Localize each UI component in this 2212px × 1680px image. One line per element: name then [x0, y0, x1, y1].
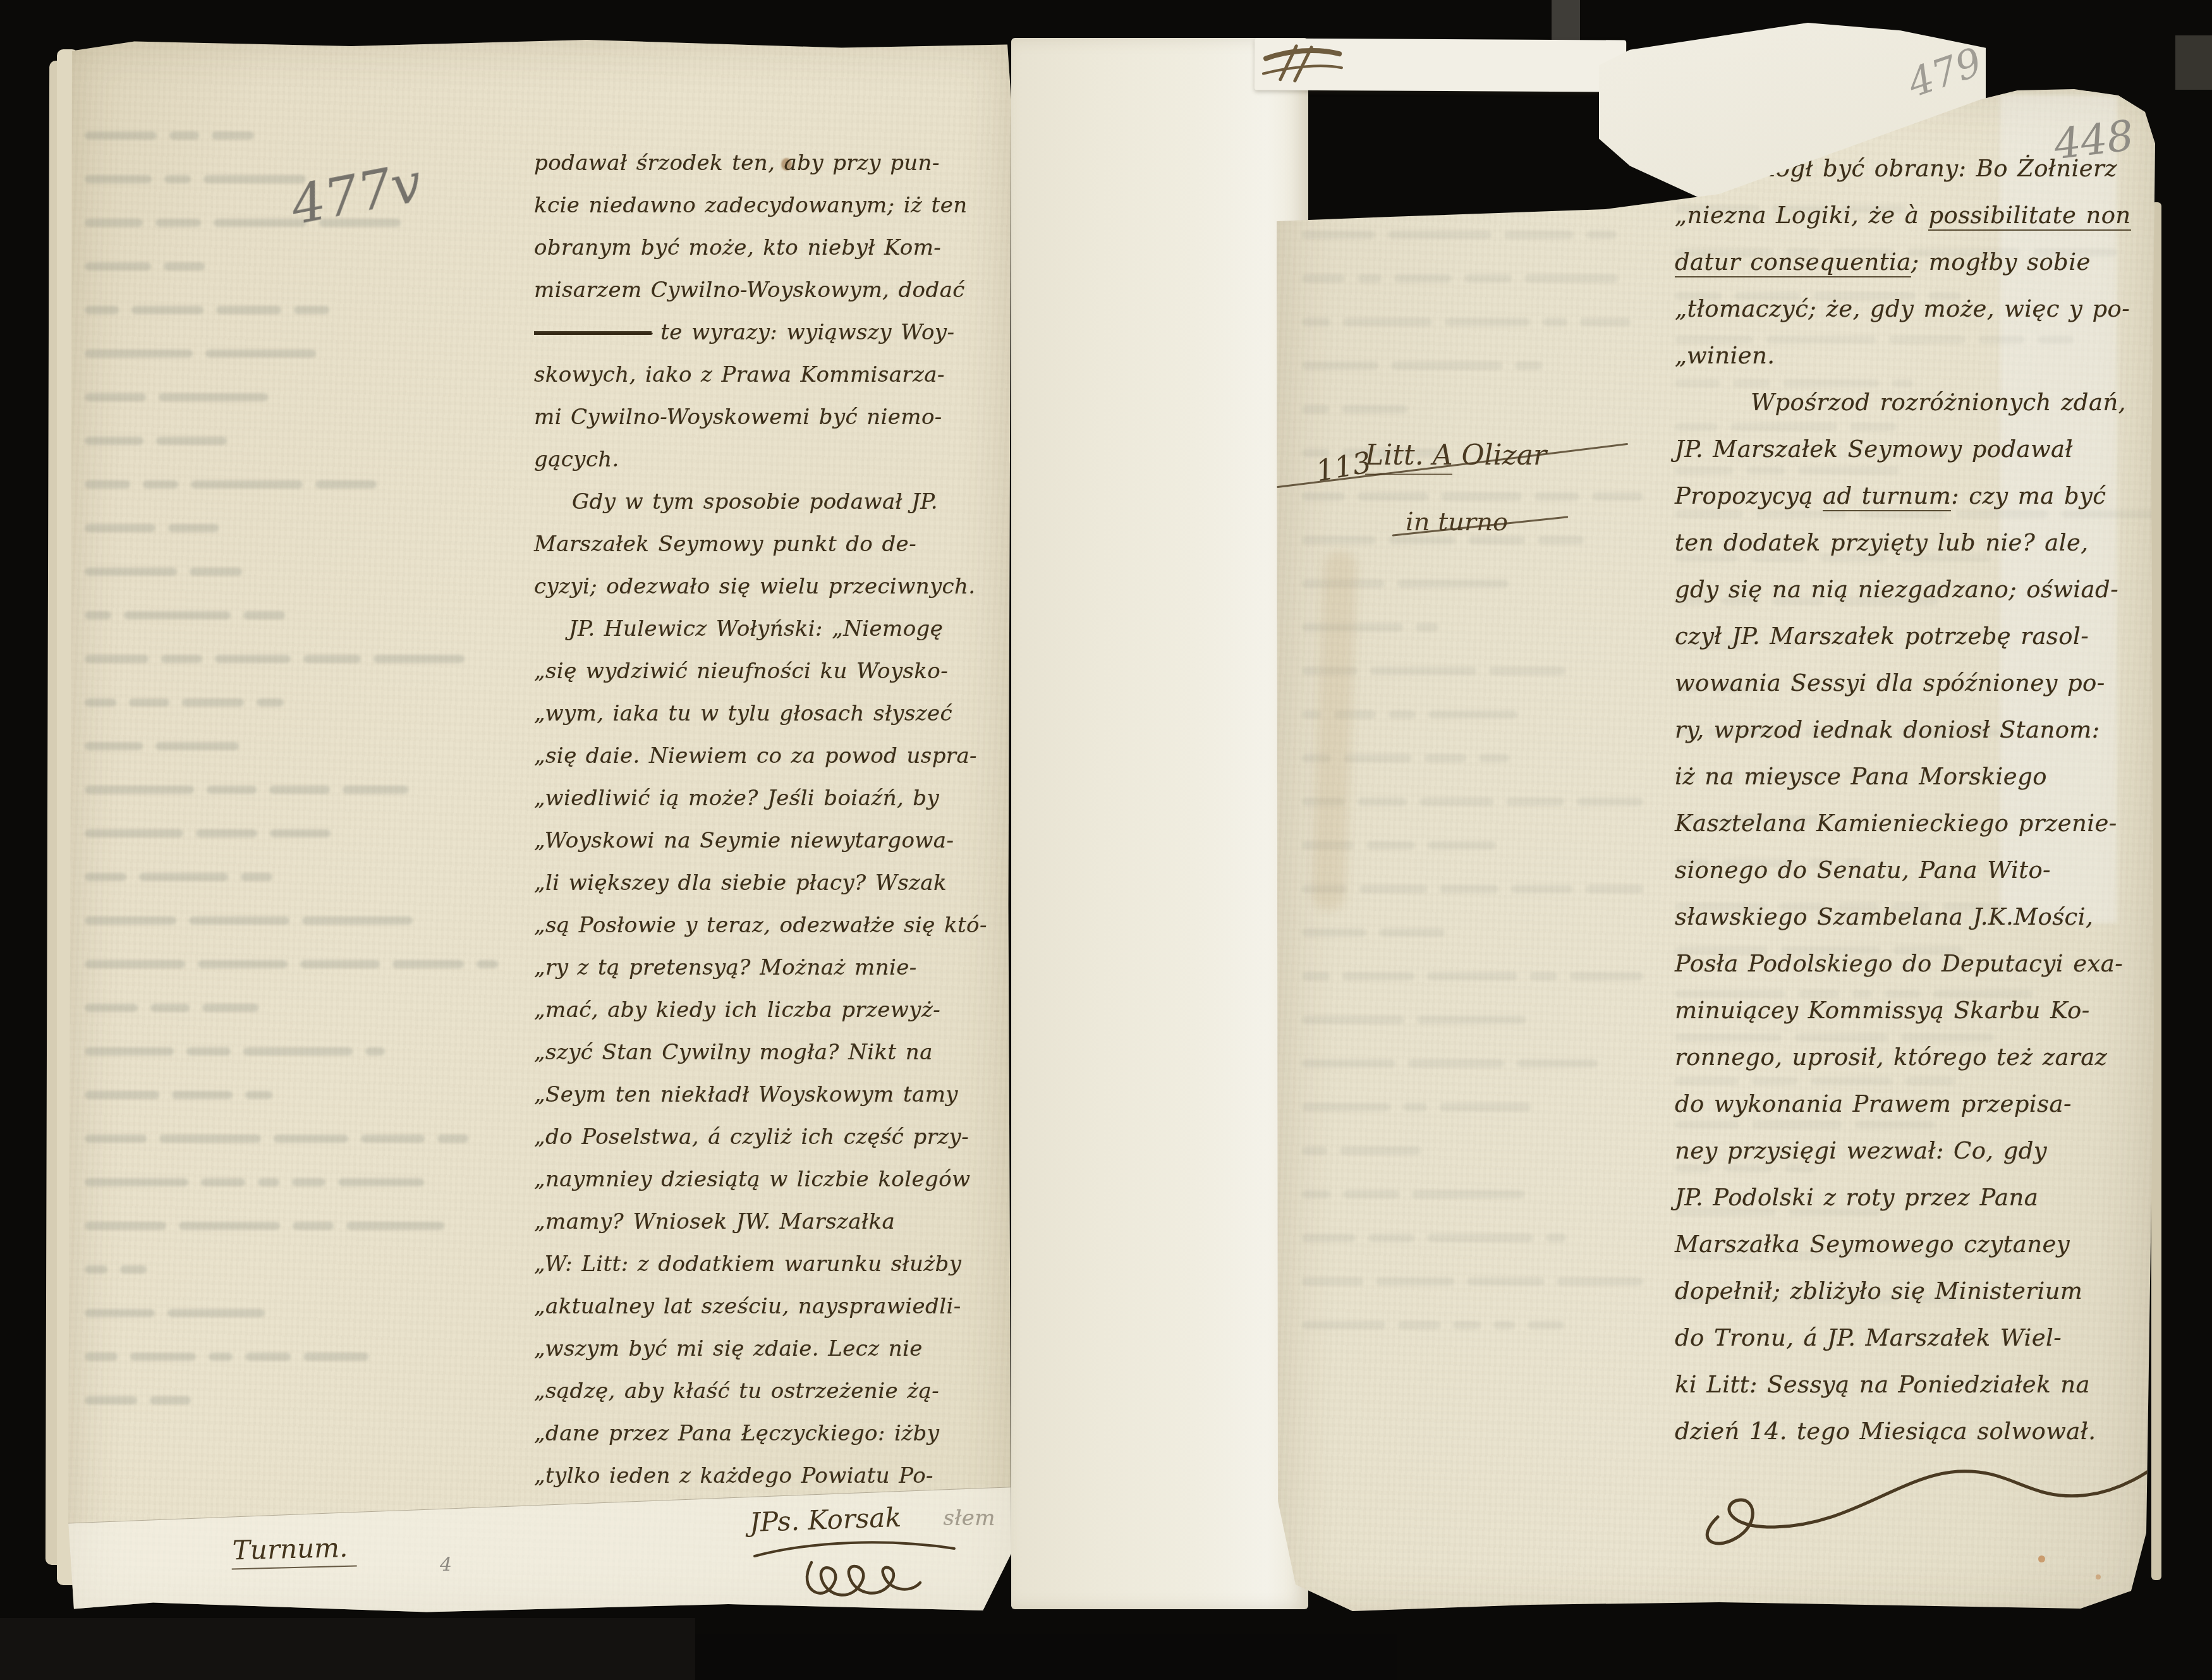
bleed-through-text [85, 131, 521, 1560]
manuscript-line: gących. [534, 447, 995, 489]
manuscript-line: „winien. [1675, 342, 2156, 389]
margin-note-reference: Litt. A Olizar [1365, 439, 1547, 472]
manuscript-line: „mamy? Wniosek JW. Marszałka [534, 1209, 995, 1251]
manuscript-line: mi Cywilno-Woyskowemi być niemo- [534, 405, 995, 447]
manuscript-line: datur consequentia; mogłby sobie [1675, 248, 2156, 295]
scan-corner-patch [2175, 35, 2212, 90]
manuscript-line: JP. Hulewicz Wołyński: „Niemogę [534, 616, 995, 659]
manuscript-line: ney przysięgi wezwał: Co, gdy [1675, 1137, 2156, 1184]
scan-bottom-shadow [0, 1618, 695, 1680]
manuscript-line: Posła Podolskiego do Deputacyi exa- [1675, 950, 2156, 997]
manuscript-line: sławskiego Szambelana J.K.Mości, [1675, 903, 2156, 950]
manuscript-line: Kasztelana Kamienieckiego przenie- [1675, 810, 2156, 856]
manuscript-line: dzień 14. tego Miesiąca solwował. [1675, 1418, 2156, 1464]
manuscript-line: ronnego, uprosił, którego też zaraz [1675, 1044, 2156, 1090]
manuscript-line: „mać, aby kiedy ich liczba przewyż- [534, 997, 995, 1040]
manuscript-line: „Woyskowi na Seymie niewytargowa- [534, 828, 995, 870]
interleaf-sheet [1011, 38, 1308, 1609]
manuscript-line: „tłomaczyć; że, gdy może, więc y po- [1675, 295, 2156, 342]
manuscript-line: wowania Sessyi dla spóźnioney po- [1675, 669, 2156, 716]
manuscript-line: „W: Litt: z dodatkiem warunku służby [534, 1251, 995, 1294]
right-page-text-column: „słem mogł być obrany: Bo Żołnierz„niezn… [1675, 155, 2156, 1464]
manuscript-line: Gdy w tym sposobie podawał JP. [534, 489, 995, 532]
manuscript-line: misarzem Cywilno-Woyskowym, dodać [534, 277, 995, 320]
manuscript-line: obranym być może, kto niebył Kom- [534, 235, 995, 277]
manuscript-line: podawał śrzodek ten, aby przy pun- [534, 150, 995, 193]
manuscript-line: JP. Marszałek Seymowy podawał [1675, 435, 2156, 482]
manuscript-line: Wpośrzod rozróżnionych zdań, [1675, 389, 2156, 435]
manuscript-line: „są Posłowie y teraz, odezwałże się któ- [534, 913, 995, 955]
foxing-spot [2038, 1555, 2045, 1562]
manuscript-line: gdy się na nią niezgadzano; oświad- [1675, 576, 2156, 623]
manuscript-line: „naymniey dziesiątą w liczbie kolegów [534, 1167, 995, 1209]
manuscript-line: ten dodatek przyięty lub nie? ale, [1675, 529, 2156, 576]
bleed-through-text [1302, 231, 1643, 1545]
left-page: 477v podawał śrzodek ten, aby przy pun-k… [68, 37, 1011, 1617]
manuscript-line: JP. Podolski z roty przez Pana [1675, 1184, 2156, 1231]
manuscript-line: „się daie. Niewiem co za powod uspra- [534, 743, 995, 786]
manuscript-line: iż na mieysce Pana Morskiego [1675, 763, 2156, 810]
manuscript-line: „Seym ten niekładł Woyskowym tamy [534, 1082, 995, 1124]
manuscript-scan: 479 477v podawał śrzodek ten, aby przy p… [0, 0, 2212, 1680]
manuscript-line: ki Litt: Sessyą na Poniedziałek na [1675, 1371, 2156, 1418]
manuscript-line: „do Poselstwa, á czyliż ich część przy- [534, 1124, 995, 1167]
manuscript-line: „aktualney lat sześciu, naysprawiedli- [534, 1294, 995, 1336]
manuscript-line: „li większey dla siebie płacy? Wszak [534, 870, 995, 913]
manuscript-line: „wiedliwić ią może? Jeśli boiaźń, by [534, 786, 995, 828]
under-sheet-strip [1255, 38, 1626, 92]
manuscript-line: „się wydziwić nieufności ku Woysko- [534, 659, 995, 701]
manuscript-line: Marszałek Seymowy punkt do de- [534, 532, 995, 574]
secretary-signature: JPs. Korsak [749, 1502, 901, 1538]
manuscript-line: do wykonania Prawem przepisa- [1675, 1090, 2156, 1137]
signature-flourish-icon [751, 1537, 959, 1613]
manuscript-line: cyzyi; odezwało się wielu przeciwnych. [534, 574, 995, 616]
manuscript-line: ry, wprzod iednak doniosł Stanom: [1675, 716, 2156, 763]
manuscript-line: czył JP. Marszałek potrzebę rasol- [1675, 623, 2156, 669]
hash-mark-icon [1261, 42, 1346, 85]
foxing-spot [2096, 1574, 2101, 1580]
manuscript-line: „wym, iaka tu w tylu głosach słyszeć [534, 701, 995, 743]
manuscript-line: do Tronu, á JP. Marszałek Wiel- [1675, 1324, 2156, 1371]
pencil-mark-4: 4 [440, 1554, 452, 1576]
folio-number-pencil-479: 479 [1902, 39, 1988, 107]
manuscript-line: sionego do Senatu, Pana Wito- [1675, 856, 2156, 903]
manuscript-line: minuiącey Kommissyą Skarbu Ko- [1675, 997, 2156, 1044]
right-page: 448 113 Litt. A Olizar in turno „słem mo… [1277, 85, 2156, 1622]
margin-note: 113 Litt. A Olizar in turno [1316, 439, 1619, 566]
manuscript-line: „ry z tą pretensyą? Możnaż mnie- [534, 955, 995, 997]
manuscript-line: skowych, iako z Prawa Kommisarza- [534, 362, 995, 405]
manuscript-line: „niezna Logiki, że à possibilitate non [1675, 202, 2156, 248]
manuscript-line: dopełnił; zbliżyło się Ministerium [1675, 1277, 2156, 1324]
manuscript-line: Marszałka Seymowego czytaney [1675, 1231, 2156, 1277]
scan-bottom-shadow [695, 1634, 1397, 1680]
manuscript-line: kcie niedawno zadecydowanym; iż ten [534, 193, 995, 235]
left-page-text-column: podawał śrzodek ten, aby przy pun-kcie n… [534, 150, 995, 1548]
manuscript-line: Propozycyą ad turnum: czy ma być [1675, 482, 2156, 529]
manuscript-line: —————— te wyrazy: wyiąwszy Woy- [534, 320, 995, 362]
catchword: Turnum. [231, 1531, 357, 1569]
manuscript-line: „szyć Stan Cywilny mogła? Nikt na [534, 1040, 995, 1082]
manuscript-line: „wszym być mi się zdaie. Lecz nie [534, 1336, 995, 1379]
manuscript-line: „dane przez Pana Łęczyckiego: iżby [534, 1421, 995, 1463]
manuscript-line: „sądzę, aby kłaść tu ostrzeżenie żą- [534, 1379, 995, 1421]
